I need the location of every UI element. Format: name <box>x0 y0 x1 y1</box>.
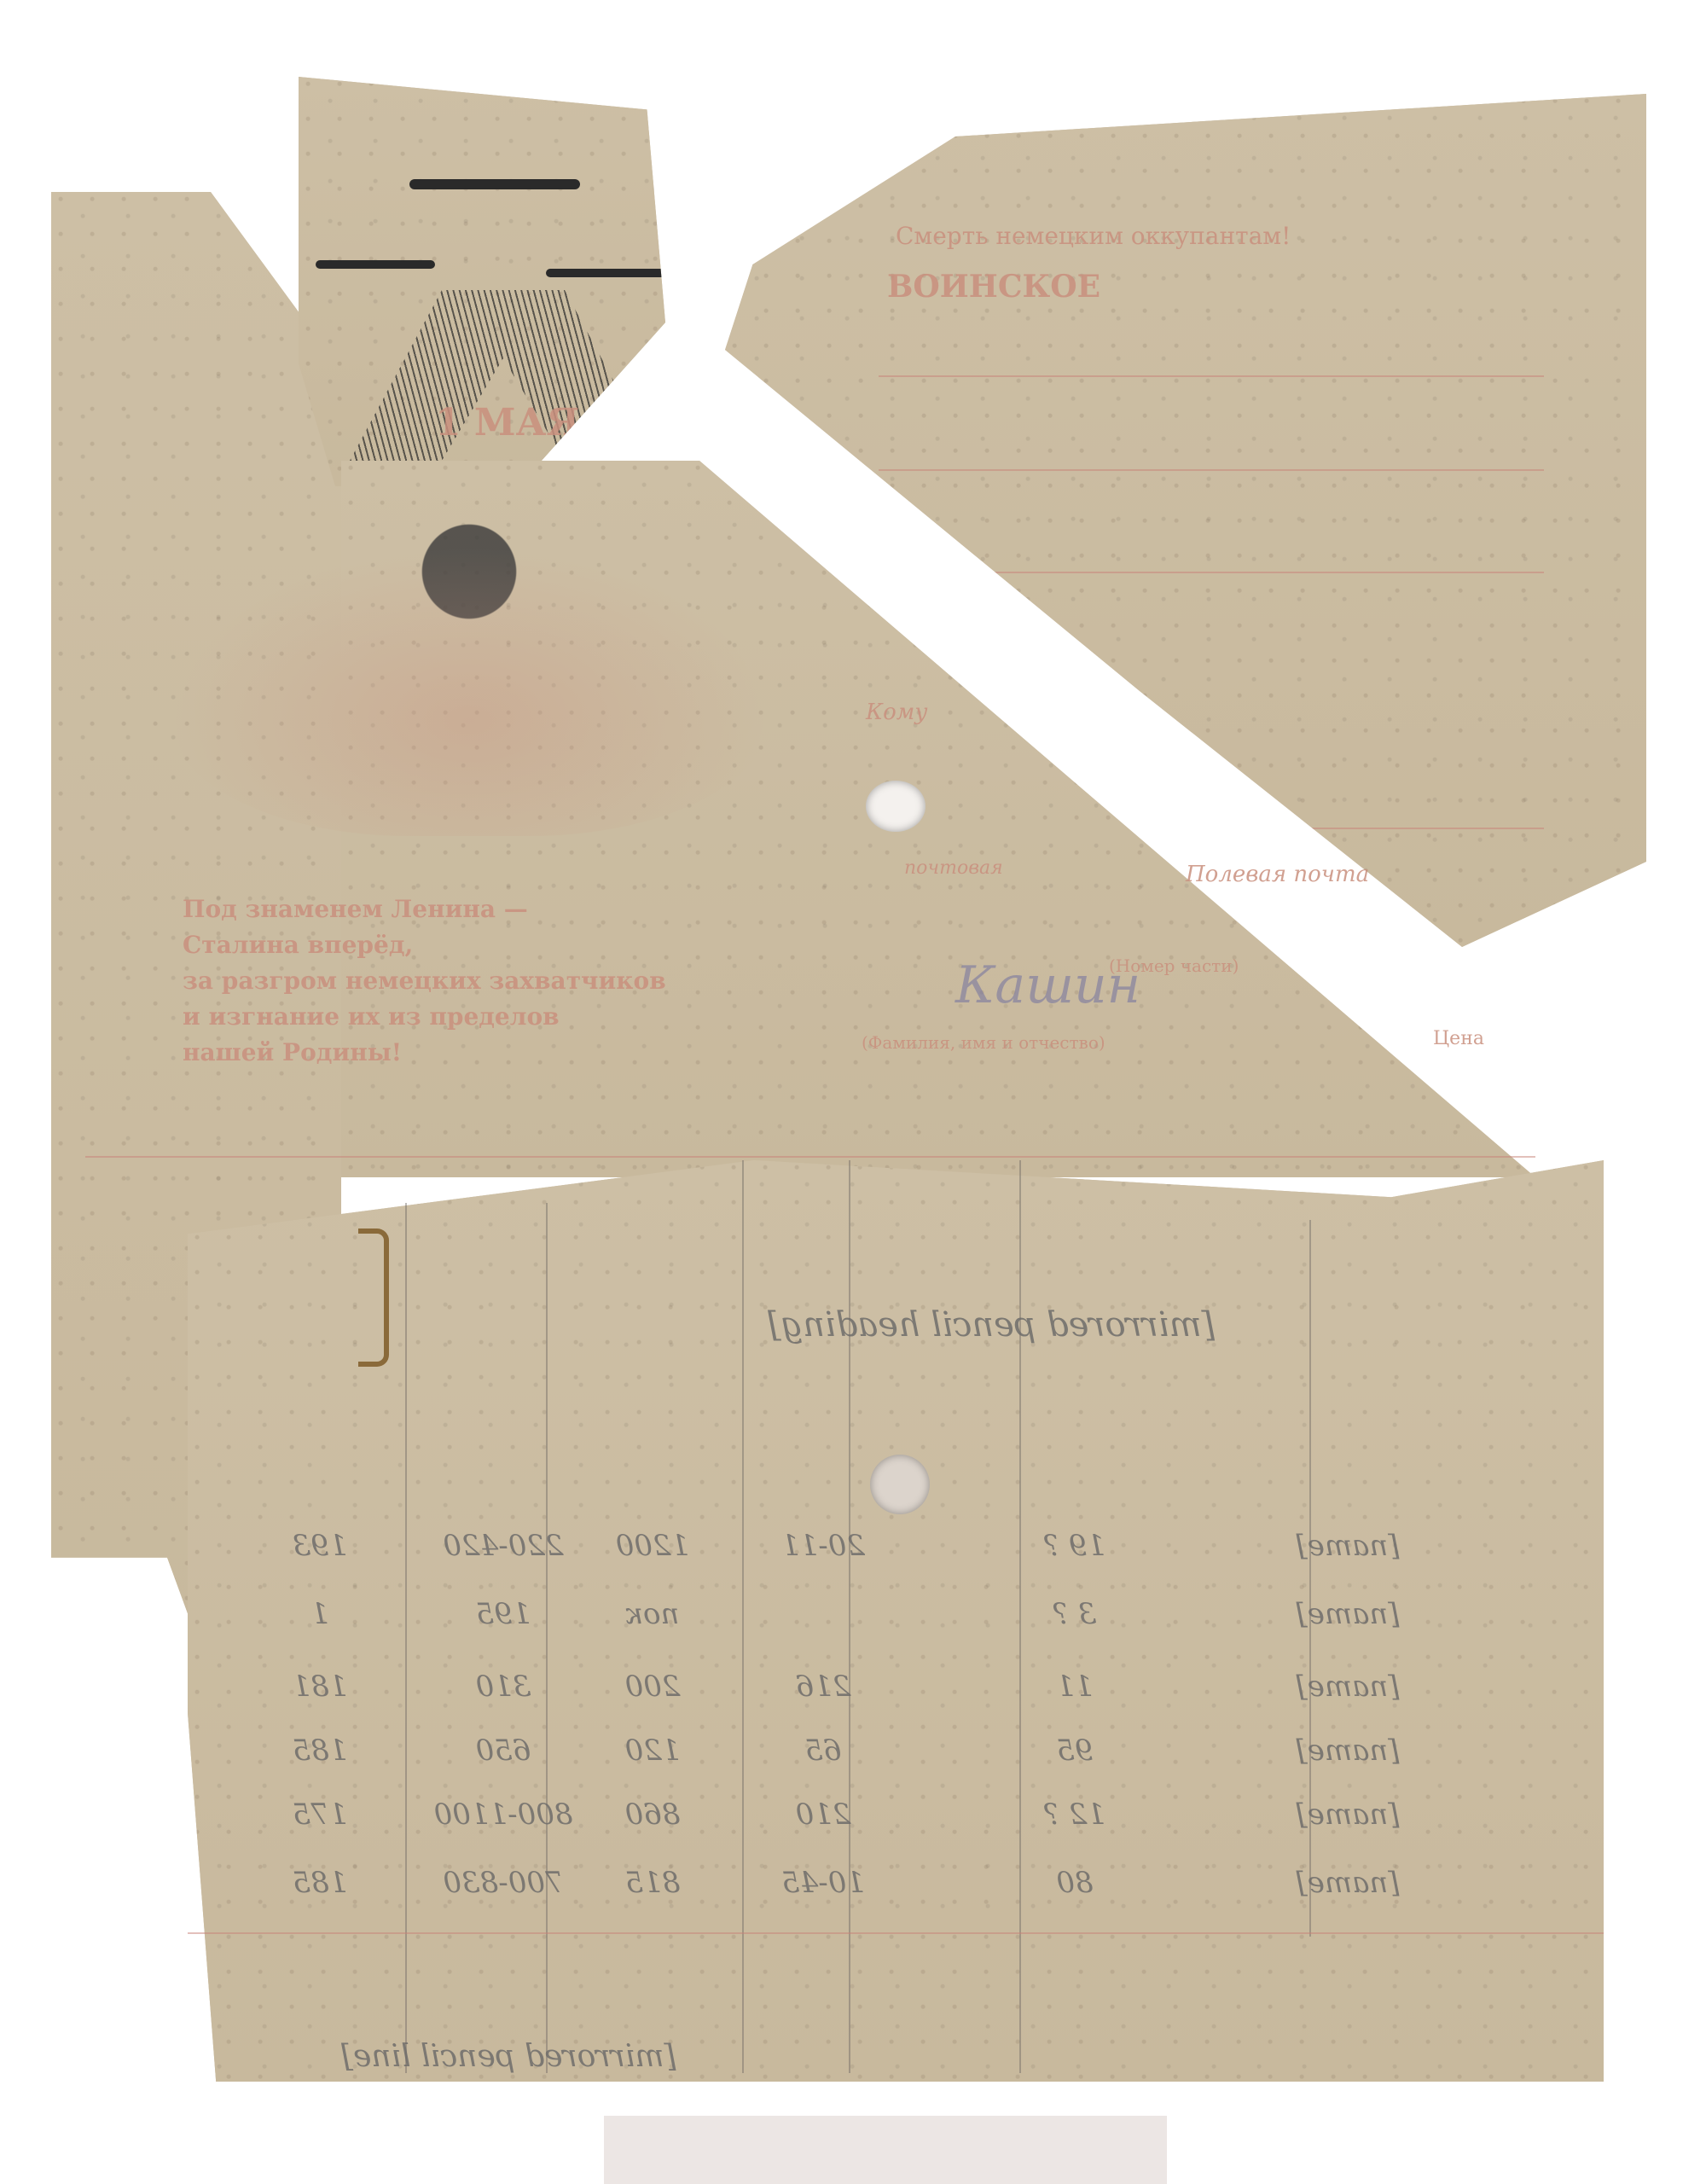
paper-fragment-emblem: 1 МАЯ <box>299 77 665 486</box>
emblem-date: 1 МАЯ <box>435 401 579 444</box>
table-heading: [mirrored pencil heading] <box>768 1305 1215 1345</box>
label-fio-hint: (Фамилия, имя и отчество) <box>862 1032 1105 1053</box>
label-price: Цена <box>1433 1028 1484 1049</box>
table-row: 175 800-1100 860 210 12 ? [name] <box>222 1787 1604 1842</box>
footer-handwriting: [mirrored pencil line] <box>341 2039 676 2074</box>
table-row: 185 650 120 65 95 [name] <box>222 1723 1604 1778</box>
staple-icon <box>358 1228 389 1367</box>
punch-hole <box>870 1455 930 1514</box>
label-to: Кому <box>866 700 927 725</box>
scanner-holder <box>597 2116 1174 2184</box>
form-title: ВОИНСКОЕ <box>887 269 1100 305</box>
flame-decoration <box>171 546 768 836</box>
stamp-handwriting: Кашин <box>955 955 1140 1015</box>
punch-hole <box>866 781 926 832</box>
airplane-icon <box>409 179 580 189</box>
label-field-post: Полевая почта <box>1186 862 1369 887</box>
airplane-icon <box>546 269 674 277</box>
appeal-text: Под знаменем Ленина — Сталина вперёд, за… <box>183 892 666 1071</box>
airplane-icon <box>316 260 435 269</box>
table-row: 1 195 пок 3 ? [name] <box>222 1587 1604 1641</box>
table-row: 181 310 200 216 11 [name] <box>222 1659 1604 1714</box>
table-row: 193 220-420 1200 20-11 19 ? [name] <box>222 1519 1604 1573</box>
slogan-text: Смерть немецким оккупантам! <box>896 222 1291 250</box>
label-postal-type: почтовая <box>904 857 1003 879</box>
table-row: 185 700-830 815 10-45 80 [name] <box>222 1856 1604 1910</box>
